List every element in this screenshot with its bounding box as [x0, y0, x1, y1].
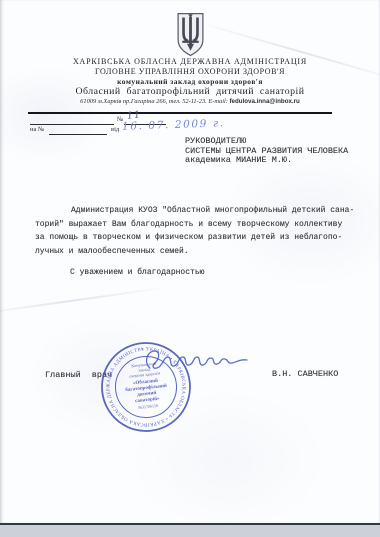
letterhead-health-department: ГОЛОВНЕ УПРАВЛІННЯ ОХОРОНИ ЗДОРОВ'Я	[0, 67, 380, 76]
letterhead-address: 61009 м.Харків пр.Гагаріна 266, тел. 52-…	[80, 98, 207, 105]
letterhead: ХАРКІВСЬКА ОБЛАСНА ДЕРЖАВНА АДМІНІСТРАЦІ…	[0, 57, 380, 106]
recipient-block: РУКОВОДИТЕЛЮ СИСТЕМЫ ЦЕНТРА РАЗВИТИЯ ЧЕЛ…	[185, 137, 348, 166]
paper-crease	[0, 286, 169, 316]
ref-number-blank-line	[30, 116, 114, 125]
closing-line: С уважением и благодарностью	[70, 268, 204, 277]
recipient-person: академика МИАНИЕ М.Ю.	[185, 156, 348, 166]
email-label: E-mail:	[208, 98, 228, 105]
scanned-letter: ХАРКІВСЬКА ОБЛАСНА ДЕРЖАВНА АДМІНІСТРАЦІ…	[0, 0, 380, 537]
body-line: торий" выражает Вам благодарность и всем…	[35, 218, 353, 232]
letterhead-divider	[28, 112, 332, 114]
letter-body: Администрация КУОЗ "Областной многопрофи…	[35, 204, 353, 259]
letterhead-administration: ХАРКІВСЬКА ОБЛАСНА ДЕРЖАВНА АДМІНІСТРАЦІ…	[0, 57, 380, 67]
letterhead-institution-type: комунальний заклад охорони здоров'я	[0, 77, 380, 86]
body-line: за помощь в творческом и физическом разв…	[35, 231, 353, 245]
reply-ref-underline	[49, 126, 107, 135]
handwritten-signature	[140, 344, 254, 378]
letterhead-institution-name: Обласний багатопрофільний дитячий санато…	[0, 86, 380, 98]
ukraine-trident-emblem-icon	[175, 12, 206, 57]
body-line: Администрация КУОЗ "Областной многопрофи…	[35, 204, 353, 218]
reply-ref-label: на №	[30, 126, 44, 133]
body-line: лучных и малообеспеченных семей.	[35, 245, 353, 259]
handwritten-date: 16. 07. 2009 г.	[122, 117, 225, 133]
signer-name: В.Н. САВЧЕНКО	[272, 369, 338, 379]
letter-paper: ХАРКІВСЬКА ОБЛАСНА ДЕРЖАВНА АДМІНІСТРАЦІ…	[0, 0, 380, 525]
letterhead-contact-line: 61009 м.Харків пр.Гагаріна 266, тел. 52-…	[0, 98, 380, 106]
letterhead-email: fedulova.inna@inbox.ru	[230, 98, 300, 105]
stamp-center-line: №31786158	[138, 403, 158, 410]
date-label: від	[111, 126, 119, 133]
